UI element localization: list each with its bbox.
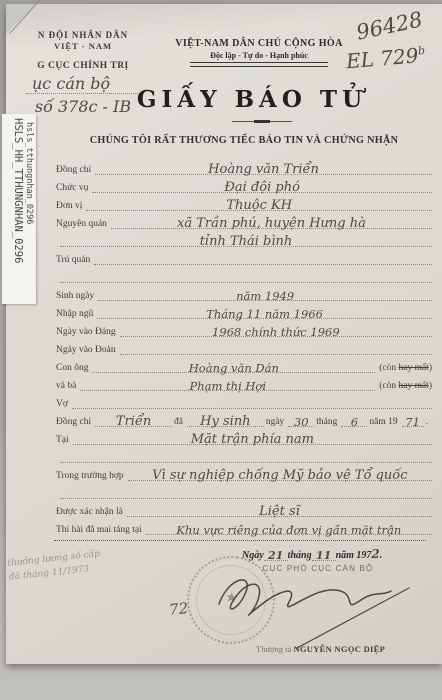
- death-cause-line: Hy sinh: [187, 408, 264, 427]
- document-paper: N ĐỘI NHÂN DÂN VIỆT - NAM G CỤC CHÍNH TR…: [6, 4, 442, 664]
- death-year-line: 71: [402, 408, 424, 427]
- double-rule: [190, 62, 328, 67]
- row-line: Mặt trận phía nam: [73, 426, 432, 445]
- letterhead-center: VIỆT-NAM DÂN CHỦ CỘNG HÒA Độc lập - Tự d…: [166, 38, 352, 67]
- date-year-digit: 2: [371, 547, 379, 561]
- signer-name: NGUYỄN NGỌC DIỆP: [293, 644, 385, 654]
- row-line: năm 1949: [98, 282, 432, 301]
- pencil-note: thưởng lương số cấp đã tháng 11/1973: [7, 543, 139, 585]
- row-line: [72, 390, 432, 409]
- form-row: tỉnh Thái bình: [54, 229, 432, 247]
- code-number-2: EL 729b: [345, 43, 426, 74]
- paren-post: ): [429, 363, 432, 373]
- row-label: Sinh ngày: [54, 291, 98, 301]
- date-line: Ngày 21 tháng 11 năm 197 2 .: [242, 547, 438, 561]
- form-row: Trú quán: [54, 247, 432, 265]
- country-name: VIỆT-NAM DÂN CHỦ CỘNG HÒA: [166, 38, 352, 49]
- signer-name-line: Thượng tá NGUYỄN NGỌC DIỆP: [256, 644, 385, 654]
- row-line: Đại đội phó: [92, 174, 432, 193]
- archive-label-lower: hsls_tthungnhan_0296: [24, 122, 34, 224]
- form-rows-bottom: Tại Mặt trận phía nam Trong trường hợp V…: [54, 427, 432, 535]
- death-name-line: Triển: [95, 408, 172, 427]
- document-subtitle: CHÚNG TÔI RẤT THƯƠNG TIẾC BÁO TIN VÀ CHỨ…: [50, 135, 438, 146]
- row-line: [120, 336, 432, 355]
- title-ornament: [232, 120, 292, 123]
- form-row: [54, 265, 432, 283]
- form-row: [54, 481, 432, 499]
- row-line: [60, 480, 432, 499]
- form-rows-top: Đồng chí Hoàng văn Triển Chức vụ Đại đội…: [54, 157, 432, 409]
- row-label: Thi hài đã mai táng tại: [54, 525, 146, 535]
- row-value: Khu vực riêng của đơn vị gần mặt trận: [146, 523, 432, 537]
- document-title: GIẤY BÁO TỬ: [66, 86, 438, 113]
- form-row: Nguyên quán xã Trần phú, huyện Hưng hà: [54, 211, 432, 229]
- form-row: Nhập ngũ Tháng 11 năm 1966: [54, 301, 432, 319]
- form-row: Tại Mặt trận phía nam: [54, 427, 432, 445]
- row-line: Khu vực riêng của đơn vị gần mặt trận: [146, 516, 432, 535]
- form-row: Sinh ngày năm 1949: [54, 283, 432, 301]
- paren-pre: (còn: [379, 363, 398, 373]
- department-line: G CỤC CHÍNH TRỊ: [12, 61, 154, 71]
- signature-icon: [201, 560, 429, 652]
- row-line: [60, 444, 432, 463]
- motto: Độc lập - Tự do - Hạnh phúc: [166, 51, 352, 60]
- row-label: Đơn vị: [54, 201, 86, 211]
- row-line: [60, 264, 432, 283]
- form-row: [54, 445, 432, 463]
- form-row: Thi hài đã mai táng tại Khu vực riêng củ…: [54, 517, 432, 535]
- form-row: Con ông Hoàng văn Dán (còn hay mất): [54, 355, 432, 373]
- scanned-death-notice: { "colors":{"paper":"#dedbd5","backgroun…: [0, 0, 442, 700]
- row-line: xã Trần phú, huyện Hưng hà: [111, 210, 432, 229]
- form-row: Chức vụ Đại đội phó: [54, 175, 432, 193]
- form-row: Đơn vị Thuộc KH: [54, 193, 432, 211]
- row-label: Được xác nhận là: [54, 507, 127, 517]
- row-label: Nhập ngũ: [54, 309, 97, 319]
- death-statement-row: Đồng chí Triển đã Hy sinh ngày 30 tháng …: [54, 409, 432, 427]
- paren-struck: hay mất: [398, 363, 428, 373]
- army-name-line2: VIỆT - NAM: [12, 41, 154, 51]
- row-line: [94, 246, 432, 265]
- form-row: và bà Phạm thị Hợi (còn hay mất): [54, 373, 432, 391]
- form-row: Được xác nhận là Liệt sĩ: [54, 499, 432, 517]
- death-day-line: 30: [288, 408, 314, 427]
- page-number: 72: [168, 599, 189, 619]
- row-label: Đồng chí: [54, 165, 95, 175]
- row-line: Tháng 11 năm 1966: [97, 300, 432, 319]
- row-line: Thuộc KH: [86, 192, 432, 211]
- form-row: Trong trường hợp Vì sự nghiệp chống Mỹ b…: [54, 463, 432, 481]
- form-row: Vợ: [54, 391, 432, 409]
- row-label: Ngày vào Đảng: [54, 327, 120, 337]
- archive-label-strip: HSLS_HH_TTHUNGNHAN_0296 hsls_tthungnhan_…: [2, 114, 36, 304]
- row-line: Vì sự nghiệp chống Mỹ bảo vệ Tổ quốc: [128, 462, 432, 481]
- row-label: Vợ: [54, 399, 72, 409]
- form-body: Đồng chí Hoàng văn Triển Chức vụ Đại đội…: [54, 157, 432, 535]
- army-name-line1: N ĐỘI NHÂN DÂN: [12, 30, 154, 40]
- row-line: Hoàng văn Triển: [95, 156, 432, 175]
- row-paren: (còn hay mất): [375, 363, 432, 373]
- row-line: Liệt sĩ: [127, 498, 432, 517]
- form-row: Ngày vào Đảng 1968 chính thức 1969: [54, 319, 432, 337]
- death-month-line: 6: [341, 408, 367, 427]
- signer-rank: Thượng tá: [256, 644, 293, 654]
- form-row: Ngày vào Đoàn: [54, 337, 432, 355]
- footer-divider: [54, 540, 426, 541]
- form-row: Đồng chí Hoàng văn Triển: [54, 157, 432, 175]
- row-line: tỉnh Thái bình: [60, 228, 432, 247]
- row-line: Hoàng văn Dán: [92, 354, 375, 373]
- archive-label-caps: HSLS_HH_TTHUNGNHAN_0296: [12, 118, 24, 263]
- row-line: Phạm thị Hợi: [80, 372, 375, 391]
- row-line: 1968 chính thức 1969: [120, 318, 432, 337]
